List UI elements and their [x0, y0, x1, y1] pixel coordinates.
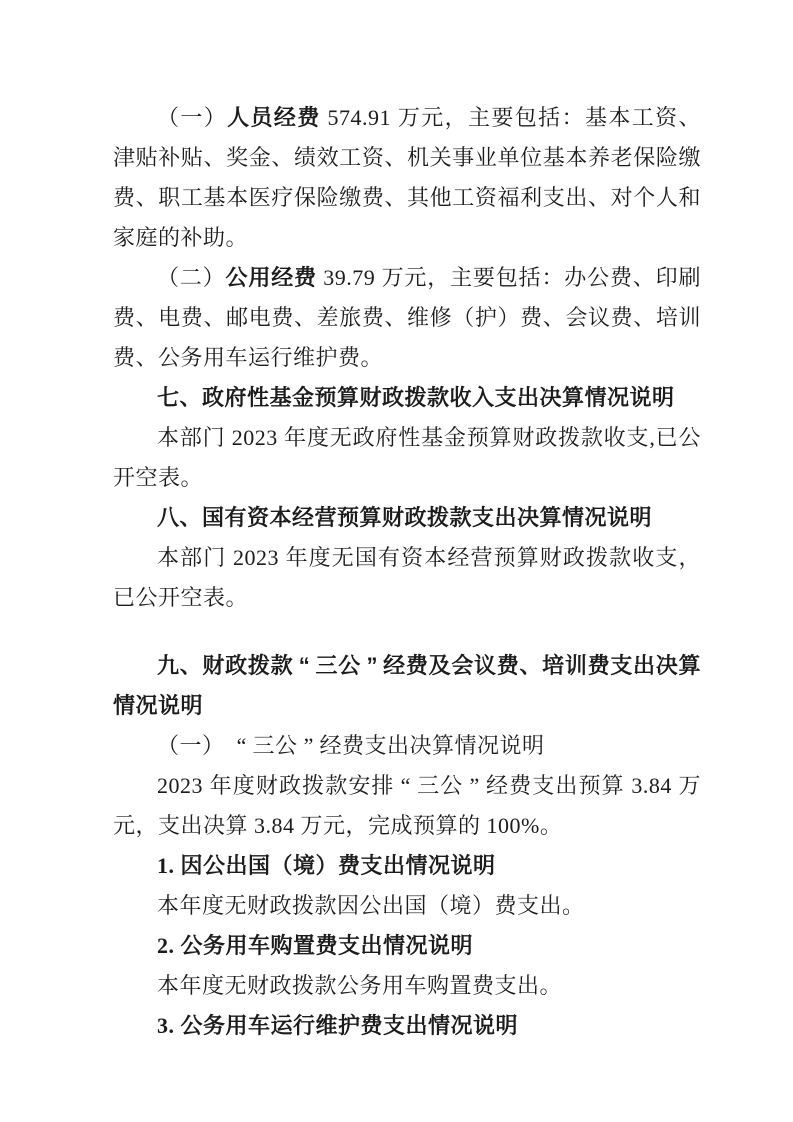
para-abroad-expense-note: 本年度无财政拨款因公出国（境）费支出。 [113, 886, 701, 926]
heading-section-nine: 九、财政拨款“三公”经费及会议费、培训费支出决算情况说明 [113, 646, 701, 726]
para-section-seven-note: 本部门 2023 年度无政府性基金预算财政拨款收支,已公开空表。 [113, 418, 701, 498]
para-lead-bold: 人员经费 [227, 105, 321, 130]
heading-section-seven: 七、政府性基金预算财政拨款收入支出决算情况说明 [113, 378, 701, 418]
para-three-public-budget: 2023 年度财政拨款安排“三公”经费支出预算 3.84 万元，支出决算 3.8… [113, 766, 701, 846]
para-personnel-expense: （一）人员经费 574.91 万元，主要包括：基本工资、津贴补贴、奖金、绩效工资… [113, 98, 701, 258]
subheading-vehicle-maintenance: 3. 公务用车运行维护费支出情况说明 [113, 1006, 701, 1046]
list-marker: （一） [157, 105, 227, 130]
subheading-abroad-expense: 1. 因公出国（境）费支出情况说明 [113, 846, 701, 886]
heading-section-eight: 八、国有资本经营预算财政拨款支出决算情况说明 [113, 498, 701, 538]
para-public-expense: （二）公用经费 39.79 万元，主要包括：办公费、印刷费、电费、邮电费、差旅费… [113, 258, 701, 378]
para-vehicle-purchase-note: 本年度无财政拨款公务用车购置费支出。 [113, 966, 701, 1006]
subheading-vehicle-purchase: 2. 公务用车购置费支出情况说明 [113, 926, 701, 966]
document-page: （一）人员经费 574.91 万元，主要包括：基本工资、津贴补贴、奖金、绩效工资… [0, 0, 793, 1122]
subheading-three-public-expense: （一） “三公”经费支出决算情况说明 [113, 726, 701, 766]
para-section-eight-note: 本部门 2023 年度无国有资本经营预算财政拨款收支，已公开空表。 [113, 538, 701, 618]
para-lead-bold: 公用经费 [226, 265, 317, 290]
list-marker: （二） [157, 265, 226, 290]
